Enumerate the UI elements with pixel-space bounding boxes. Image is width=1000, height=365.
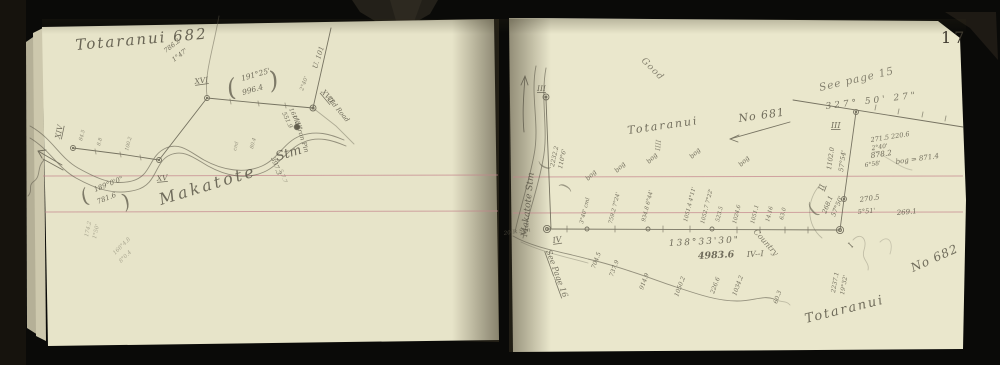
field-book-drawing: Totaranui 682786.21°47'(191°25'996.4)XVI… xyxy=(0,0,1000,365)
annotation-station-iii-left: III xyxy=(536,84,547,93)
page-number: 17 xyxy=(941,28,967,47)
annotation-text: 5°51' xyxy=(857,206,875,216)
left-cover-spine xyxy=(0,0,26,365)
annotation-text: IIII xyxy=(654,139,663,152)
annotation-distance-4983-6: 4983.6 xyxy=(698,249,735,262)
annotation-text: IV--I xyxy=(746,249,765,259)
notebook-scan: Totaranui 682786.21°47'(191°25'996.4)XVI… xyxy=(0,0,1000,365)
annotation-station-iii: III xyxy=(830,121,841,130)
